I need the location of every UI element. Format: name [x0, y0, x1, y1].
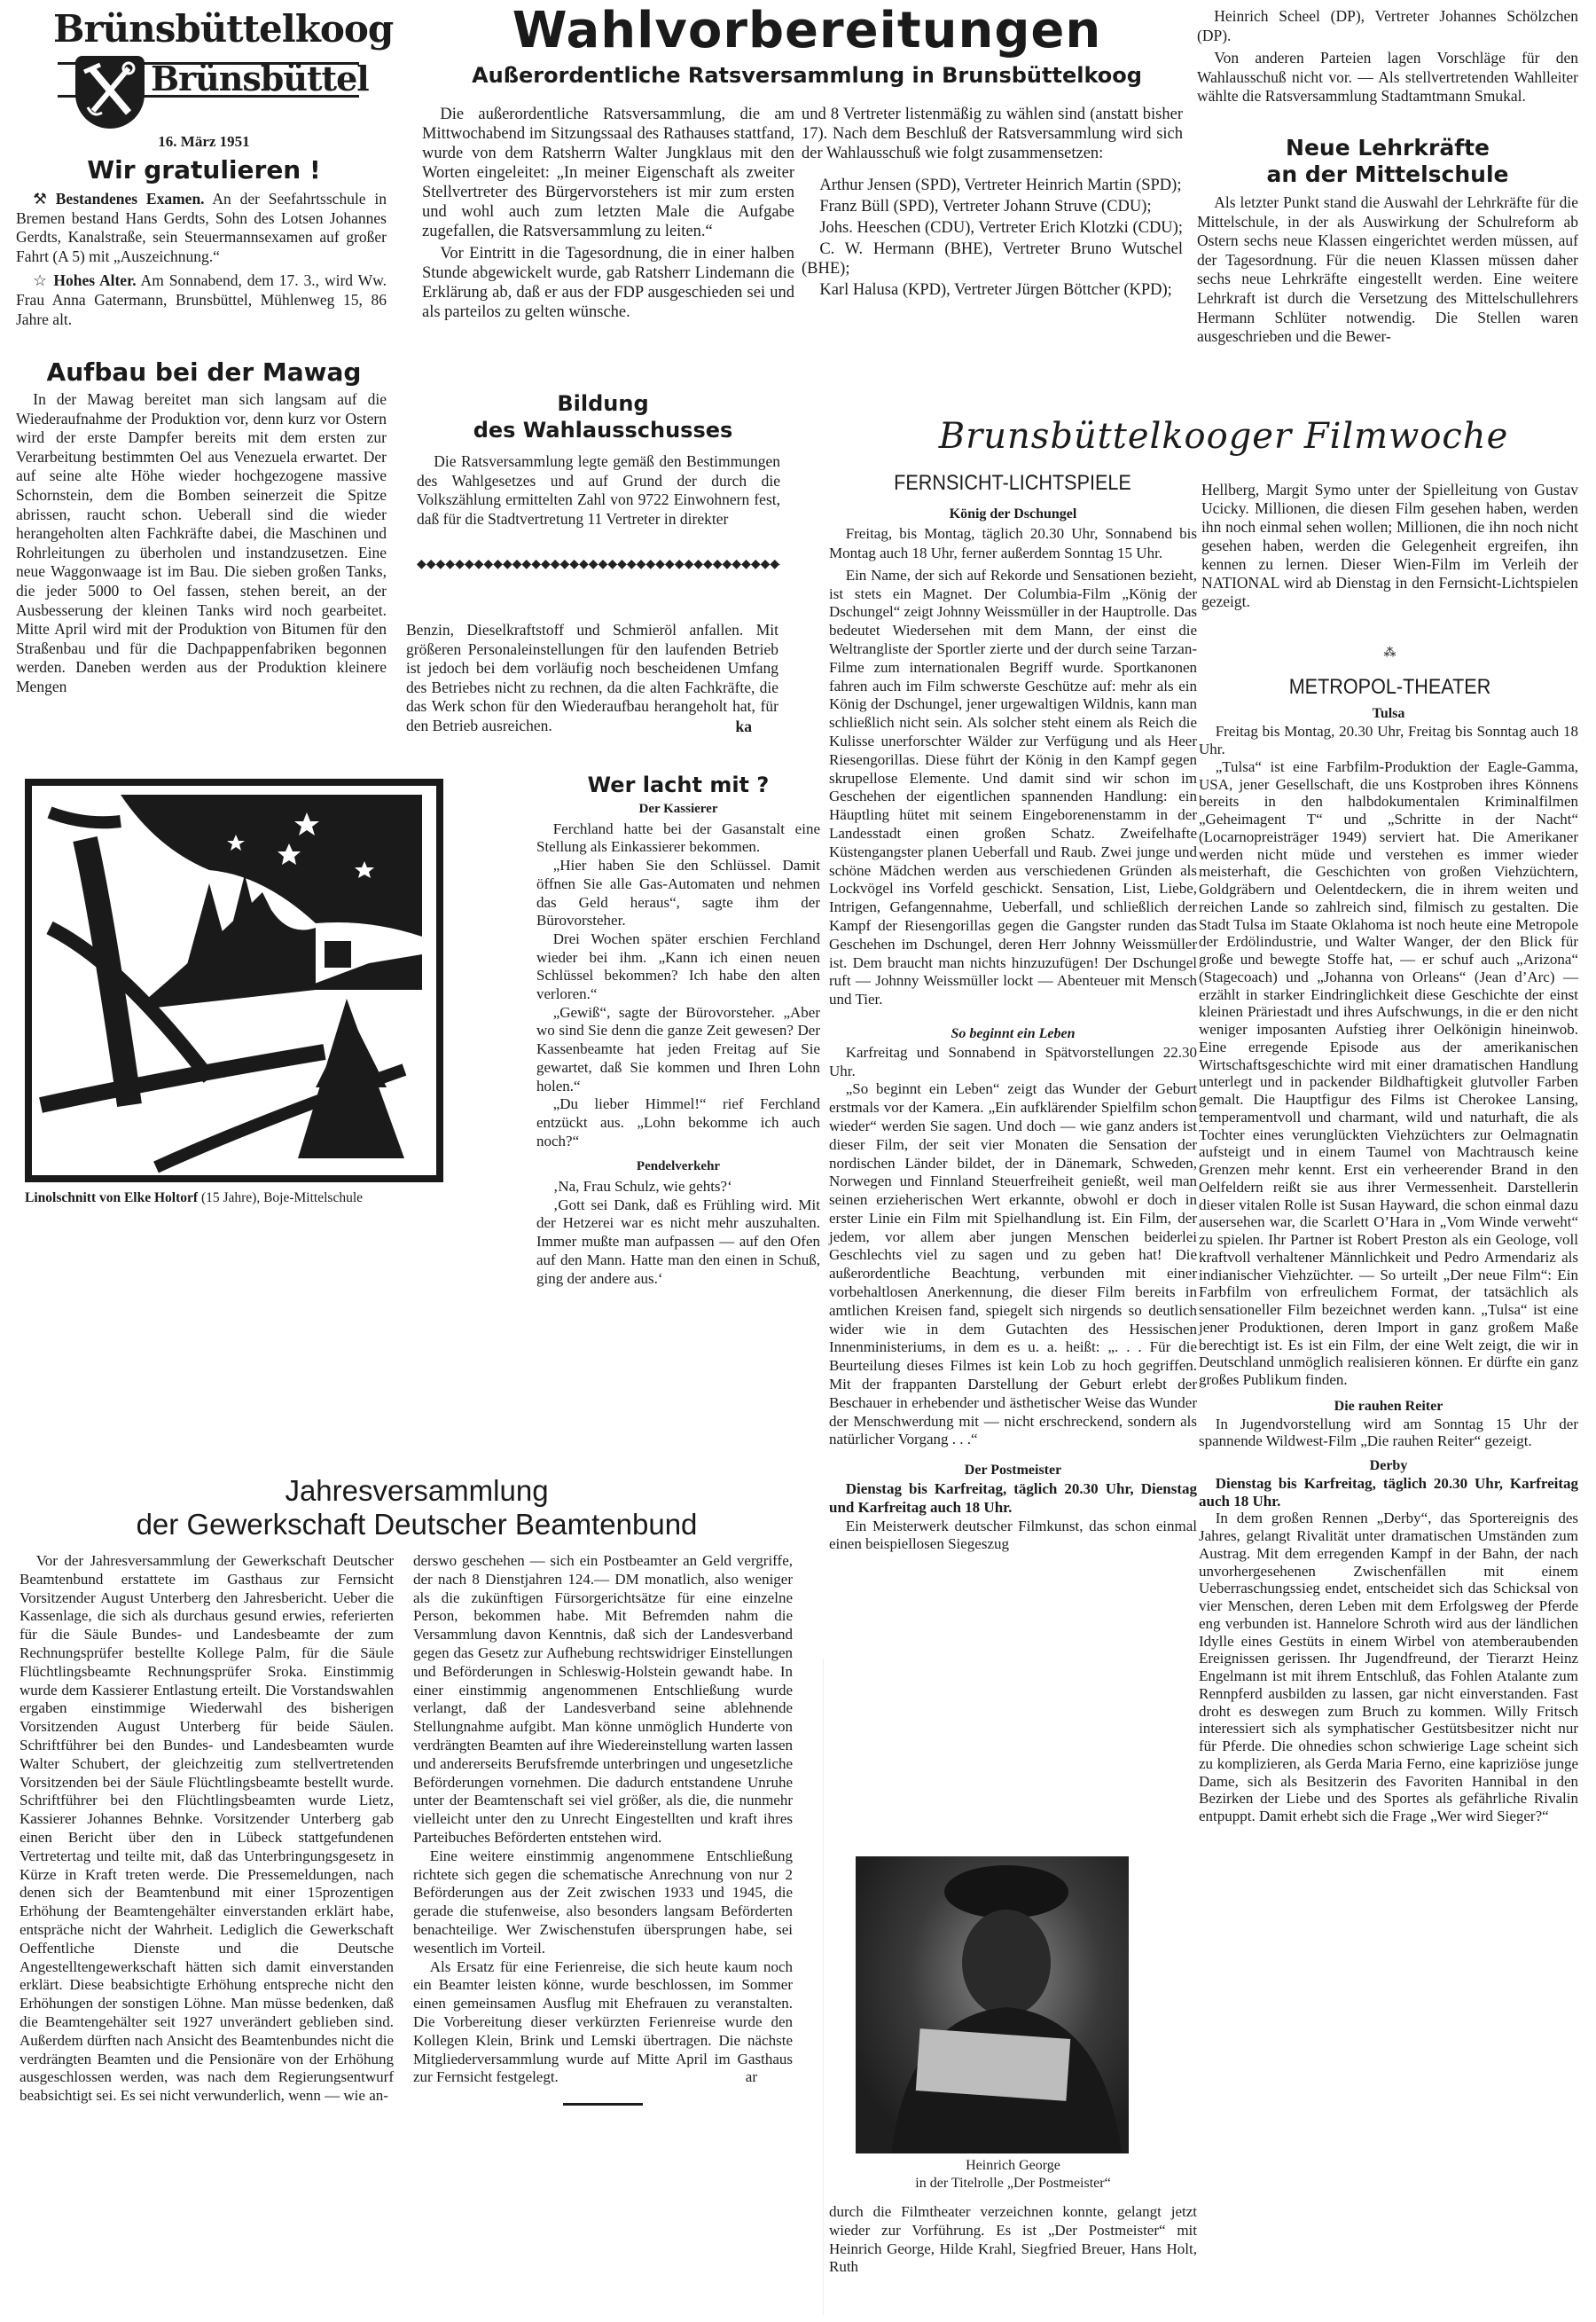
- masthead-line1: Brünsbüttelkoog: [53, 7, 364, 51]
- beamtenbund-col1: Vor der Jahresversammlung der Gewerkscha…: [20, 1552, 394, 2106]
- crossed-hammers-icon: ⚒: [33, 190, 56, 208]
- film-title: Die rauhen Reiter: [1199, 1398, 1578, 1416]
- postmeister-photo: [856, 1856, 1129, 2153]
- committee-member: Arthur Jensen (SPD), Vertreter Heinrich …: [802, 176, 1183, 195]
- gratulieren-title: Wir gratulieren !: [18, 154, 390, 186]
- star-icon: ☆: [33, 271, 53, 289]
- winter-landscape-linocut-image: [25, 779, 443, 1182]
- beamtenbund-col2: derswo geschehen — sich ein Postbeamter …: [413, 1552, 793, 2106]
- wahl-subtitle: Außerordentliche Ratsversammlung in Brun…: [417, 62, 1197, 89]
- film-title: König der Dschungel: [829, 506, 1197, 524]
- mawag-body-left: In der Mawag bereitet man sich langsam a…: [16, 390, 387, 697]
- committee-member: Johs. Heeschen (CDU), Vertreter Erich Kl…: [802, 218, 1183, 238]
- wahl-col1: Die außerordentliche Ratsversammlung, di…: [422, 105, 794, 322]
- metropol-column: Tulsa Freitag bis Montag, 20.30 Uhr, Fre…: [1199, 705, 1578, 1825]
- anchor-shield-icon: [75, 56, 145, 129]
- separator-icon: ⁂: [1201, 646, 1578, 660]
- postmeister-body-after: durch die Filmtheater verzeichnen konnte…: [829, 2203, 1197, 2277]
- wahl-title: Wahlvorbereitungen: [417, 0, 1197, 62]
- fernsicht-column: König der Dschungel Freitag, bis Montag,…: [829, 506, 1197, 1554]
- wahl-col2: und 8 Vertreter listenmäßig zu wählen si…: [802, 105, 1183, 300]
- filmwoche-title: Brunsbüttelkooger Filmwoche: [851, 413, 1596, 459]
- mawag-body-right: Benzin, Dieselkraftstoff und Schmieröl a…: [406, 621, 778, 736]
- film-title: Der Postmeister: [829, 1462, 1197, 1480]
- beamtenbund-title: Jahresversammlung der Gewerkschaft Deuts…: [9, 1474, 825, 1541]
- lehrkraefte-body: Als letzter Punkt stand die Auswahl der …: [1197, 193, 1578, 347]
- section-heading: Pendelverkehr: [536, 1157, 820, 1176]
- column-divider: [823, 1659, 824, 2315]
- film-title: Derby: [1199, 1457, 1578, 1475]
- metropol-theater: METROPOL-THEATER: [1220, 674, 1560, 701]
- wahl-col3: Heinrich Scheel (DP), Vertreter Johannes…: [1197, 7, 1578, 106]
- lacht-body: Der Kassierer Ferchland hatte bei der Ga…: [536, 800, 820, 1288]
- masthead-line2: Brünsbüttel: [151, 59, 364, 99]
- committee-member: Karl Halusa (KPD), Vertreter Jürgen Bött…: [802, 280, 1183, 300]
- committee-member: C. W. Hermann (BHE), Vertreter Bruno Wut…: [802, 239, 1183, 278]
- diamond-separator: ◆◆◆◆◆◆◆◆◆◆◆◆◆◆◆◆◆◆◆◆◆◆◆◆◆◆◆◆◆◆◆◆◆◆◆◆◆◆◆◆…: [417, 557, 780, 571]
- lehrkraefte-title: Neue Lehrkräfte an der Mittelschule: [1193, 135, 1583, 188]
- postmeister-body-continued: Hellberg, Margit Symo unter der Spiellei…: [1201, 481, 1578, 611]
- fernsicht-theater: FERNSICHT-LICHTSPIELE: [845, 470, 1180, 497]
- bildung-title: Bildung des Wahlausschusses: [417, 390, 789, 443]
- masthead: Brünsbüttelkoog Brünsbüttel: [18, 7, 390, 131]
- committee-list: Arthur Jensen (SPD), Vertreter Heinrich …: [802, 176, 1183, 300]
- gratulieren-item: ⚒ Bestandenes Examen. An der Seefahrtssc…: [16, 190, 387, 266]
- gratulieren-item: ☆ Hohes Alter. Am Sonnabend, dem 17. 3.,…: [16, 271, 387, 329]
- postmeister-caption: Heinrich George in der Titelrolle „Der P…: [829, 2157, 1197, 2193]
- gratulieren-body: ⚒ Bestandenes Examen. An der Seefahrtssc…: [16, 190, 387, 329]
- issue-date: 16. März 1951: [18, 133, 390, 151]
- bildung-body: Die Ratsversammlung legte gemäß den Best…: [417, 452, 780, 529]
- committee-member: Franz Büll (SPD), Vertreter Johann Struv…: [802, 197, 1183, 216]
- section-heading: Der Kassierer: [536, 800, 820, 819]
- lacht-title: Wer lacht mit ?: [532, 772, 825, 798]
- linocut-caption: Linolschnitt von Elke Holtorf (15 Jahre)…: [25, 1190, 539, 1206]
- film-title: Tulsa: [1199, 705, 1578, 723]
- end-rule: [563, 2103, 643, 2106]
- film-title: So beginnt ein Leben: [829, 1025, 1197, 1044]
- mawag-title: Aufbau bei der Mawag: [18, 357, 390, 388]
